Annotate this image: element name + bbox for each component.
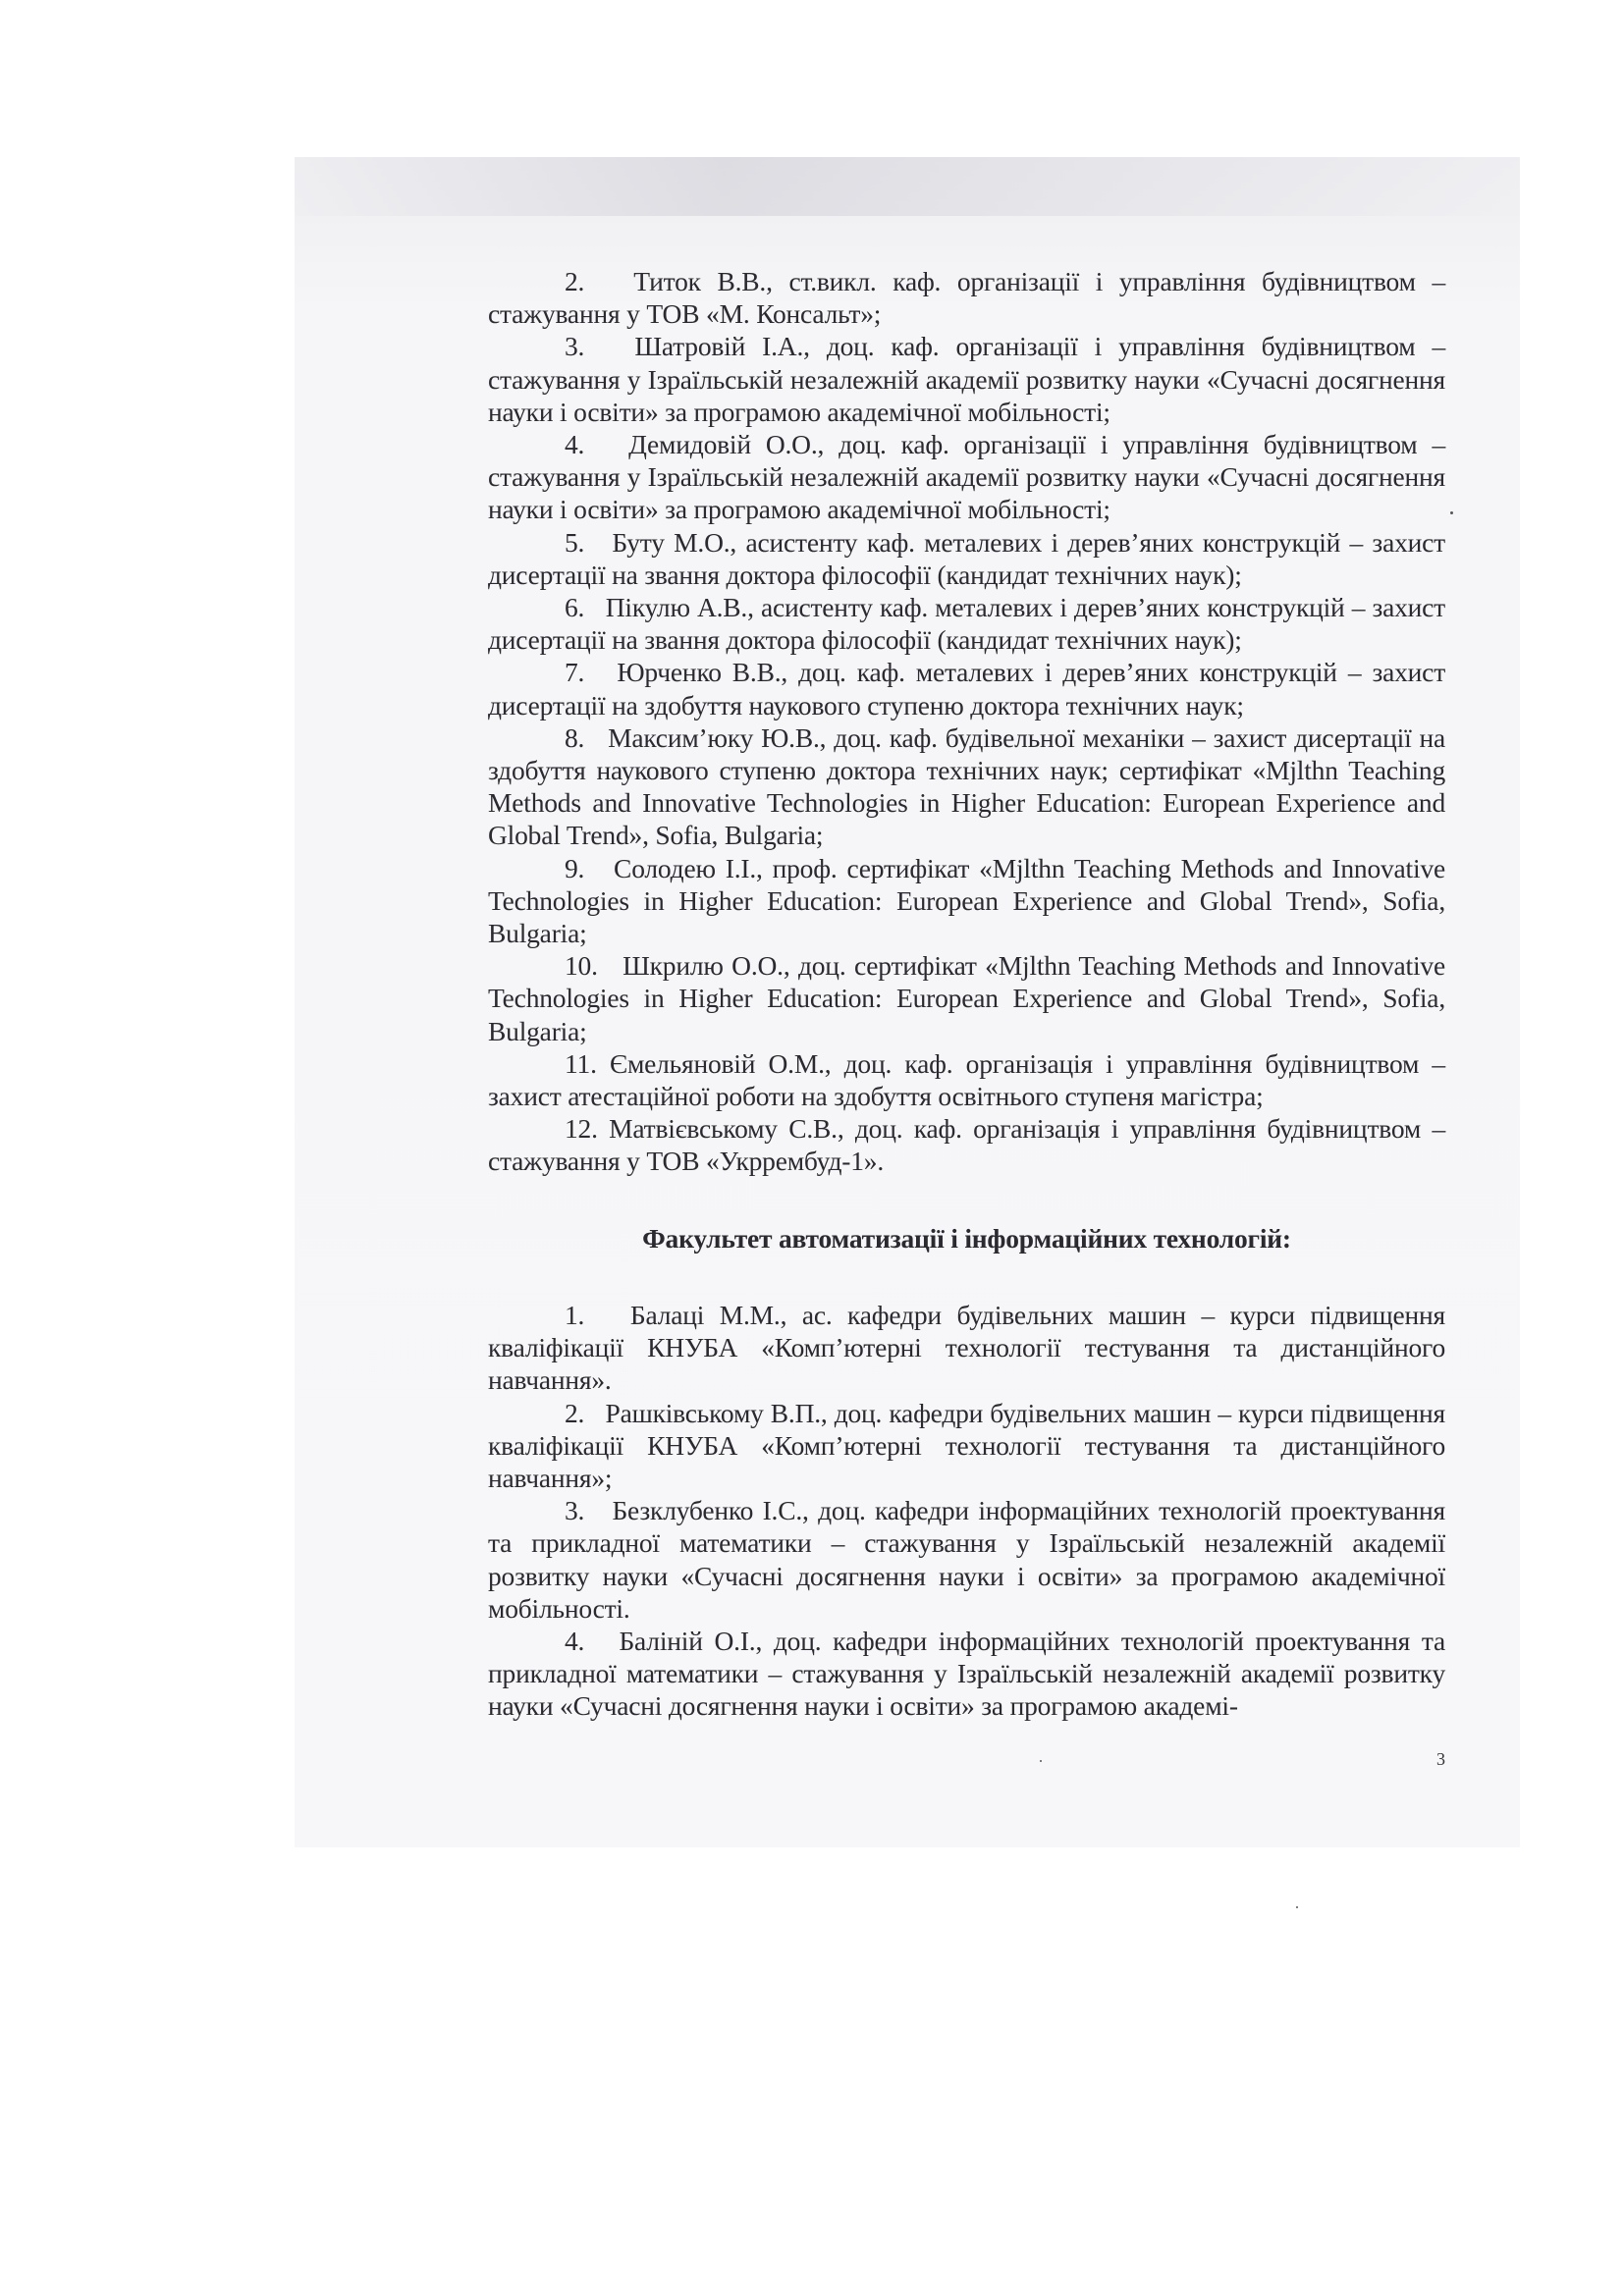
list-item: 3. Безклубенко І.С., доц. кафедри інформ…: [488, 1494, 1445, 1625]
faculty-heading: Факультет автоматизації і інформаційних …: [488, 1222, 1445, 1255]
list-item: 1. Балаці М.М., ас. кафедри будівельних …: [488, 1299, 1445, 1397]
list-item: 2. Рашківському В.П., доц. кафедри будів…: [488, 1397, 1445, 1495]
scan-speck: [1450, 511, 1453, 514]
item-text: Безклубенко І.С., доц. кафедри інформаці…: [488, 1495, 1445, 1624]
item-number: 8.: [565, 722, 584, 753]
list-item: 12. Матвієвському С.В., доц. каф. органі…: [488, 1112, 1445, 1177]
item-number: 2.: [565, 266, 584, 296]
document-body: 2. Титок В.В., ст.викл. каф. організації…: [488, 265, 1445, 1723]
scan-speck: [1040, 1760, 1042, 1762]
item-text: Максим’юку Ю.В., доц. каф. будівельної м…: [488, 722, 1445, 851]
page-number: 3: [1436, 1749, 1445, 1770]
list-item: 5. Буту М.О., асистенту каф. металевих і…: [488, 526, 1445, 591]
item-text: Баліній О.І., доц. кафедри інформаційних…: [488, 1626, 1445, 1721]
scan-speck: [1296, 1906, 1298, 1908]
item-number: 3.: [565, 331, 584, 361]
item-text: Шатровій І.А., доц. каф. організації і у…: [488, 331, 1445, 426]
item-text: Пікулю А.В., асистенту каф. металевих і …: [488, 592, 1445, 655]
list-item: 2. Титок В.В., ст.викл. каф. організації…: [488, 265, 1445, 330]
list-item: 9. Солодею І.І., проф. сертифікат «Mjlth…: [488, 852, 1445, 950]
item-number: 6.: [565, 592, 584, 622]
item-number: 3.: [565, 1495, 584, 1525]
item-number: 7.: [565, 657, 584, 687]
item-number: 9.: [565, 853, 584, 883]
list-item: 4. Баліній О.І., доц. кафедри інформацій…: [488, 1625, 1445, 1723]
item-number: 12.: [565, 1113, 598, 1144]
list-item: 7. Юрченко В.В., доц. каф. металевих і д…: [488, 656, 1445, 721]
list-item: 8. Максим’юку Ю.В., доц. каф. будівельно…: [488, 721, 1445, 852]
item-number: 1.: [565, 1300, 584, 1330]
section-automation-list: 1. Балаці М.М., ас. кафедри будівельних …: [488, 1299, 1445, 1723]
section-construction-list: 2. Титок В.В., ст.викл. каф. організації…: [488, 265, 1445, 1178]
item-number: 4.: [565, 429, 584, 459]
list-item: 4. Демидовій О.О., доц. каф. організації…: [488, 428, 1445, 526]
item-text: Юрченко В.В., доц. каф. металевих і дере…: [488, 657, 1445, 720]
item-text: Ємельяновій О.М., доц. каф. організація …: [488, 1048, 1445, 1111]
item-text: Матвієвському С.В., доц. каф. організаці…: [488, 1113, 1445, 1176]
item-number: 10.: [565, 950, 598, 981]
scan-shadow-band: [295, 157, 1520, 216]
item-number: 4.: [565, 1626, 584, 1656]
item-text: Балаці М.М., ас. кафедри будівельних маш…: [488, 1300, 1445, 1395]
item-text: Титок В.В., ст.викл. каф. організації і …: [488, 266, 1445, 329]
list-item: 10. Шкрилю О.О., доц. сертифікат «Mjlthn…: [488, 949, 1445, 1047]
item-text: Шкрилю О.О., доц. сертифікат «Mjlthn Tea…: [488, 950, 1445, 1045]
item-number: 5.: [565, 527, 584, 558]
list-item: 3. Шатровій І.А., доц. каф. організації …: [488, 330, 1445, 428]
item-text: Буту М.О., асистенту каф. металевих і де…: [488, 527, 1445, 590]
item-text: Демидовій О.О., доц. каф. організації і …: [488, 429, 1445, 524]
item-text: Солодею І.І., проф. сертифікат «Mjlthn T…: [488, 853, 1445, 948]
item-text: Рашківському В.П., доц. кафедри будівель…: [488, 1398, 1445, 1493]
list-item: 11. Ємельяновій О.М., доц. каф. організа…: [488, 1047, 1445, 1112]
list-item: 6. Пікулю А.В., асистенту каф. металевих…: [488, 591, 1445, 656]
item-number: 11.: [565, 1048, 597, 1079]
item-number: 2.: [565, 1398, 584, 1428]
